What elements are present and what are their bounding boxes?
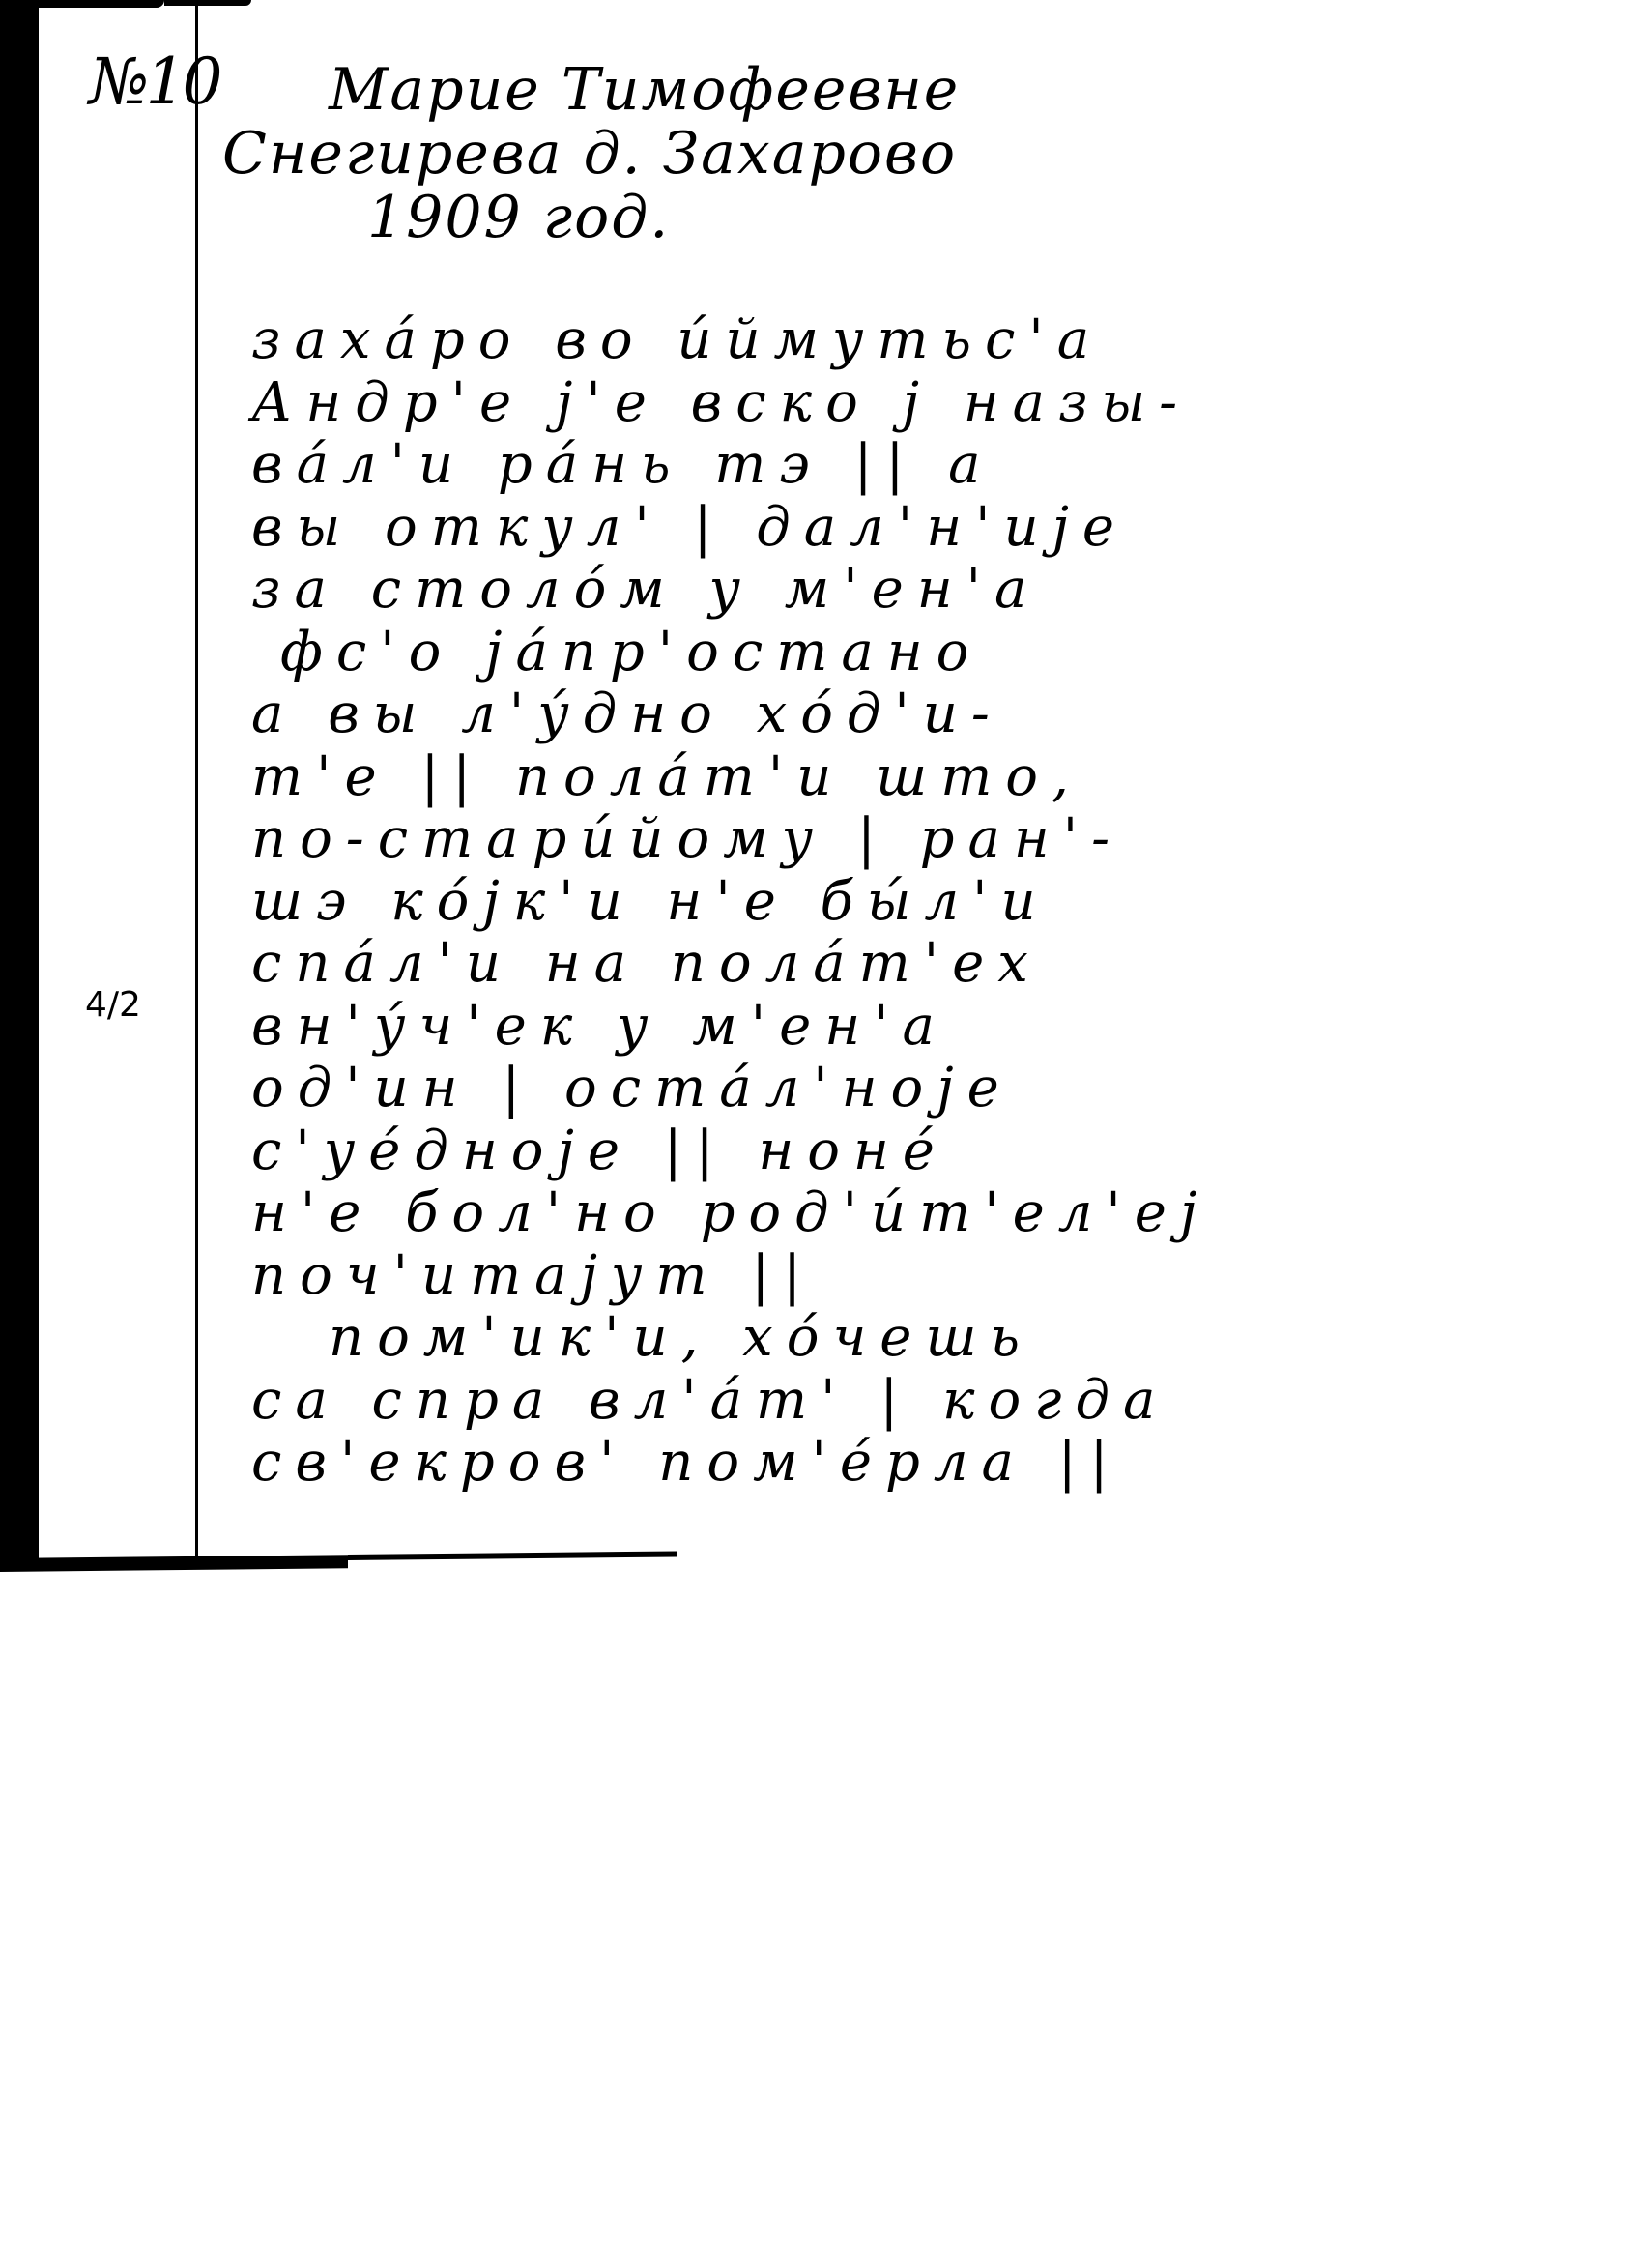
birth-year: 1909 год. [367,186,960,249]
scan-shadow-top [0,0,164,8]
body-line: са спра вл'а́т' | когда [251,1370,1210,1433]
body-line: вы откул' | дал'н'ије [251,497,1210,560]
scan-shadow-left [0,0,39,1571]
informant-name: Марие Тимофеевне [329,58,960,122]
scan-shadow-bottom [0,1555,348,1572]
transcription-body: заха́ро во и́ймутьс'а Андр'е ј'е вско ј … [251,309,1210,1495]
margin-note: 4/2 [85,988,141,1023]
body-line: за столо́м у м'ен'а [251,559,1210,622]
body-line: с'уе́дноје || ноне́ [251,1120,1210,1183]
body-line: пом'ик'и, хо́чешь [251,1307,1210,1370]
body-line: вн'у́ч'ек у м'ен'а [251,996,1210,1059]
body-line: заха́ро во и́ймутьс'а [251,309,1210,372]
margin-rule-line [195,6,198,1562]
body-line: а вы л'у́дно хо́д'и- [251,683,1210,746]
scanned-page: №10 4/2 Марие Тимофеевне Снегирева д. За… [0,0,1643,1571]
scan-shadow-bottom-2 [348,1551,677,1560]
record-index-number: №10 [89,50,218,114]
body-line: спа́л'и на пола́т'ех [251,933,1210,996]
body-line: поч'итајут || [251,1245,1210,1308]
body-line: од'ин | оста́л'ноје [251,1058,1210,1120]
body-line: ва́л'и ра́нь тэ || а [251,434,1210,497]
body-line: по-стари́йому | ран'- [251,808,1210,871]
scan-shadow-top-2 [164,0,251,6]
body-line: т'е || пола́т'и што, [251,746,1210,809]
informant-surname-village: Снегирева д. Захарово [222,122,960,186]
body-line: шэ ко́јк'и н'е бы́л'и [251,871,1210,934]
body-line: св'екров' пом'е́рла || [251,1432,1210,1495]
body-line: Андр'е ј'е вско ј назы- [251,372,1210,435]
body-line: н'е бол'но род'и́т'ел'еј [251,1182,1210,1245]
record-header: Марие Тимофеевне Снегирева д. Захарово 1… [222,58,960,249]
body-line: фс'о ја́пр'остано [251,622,1210,684]
